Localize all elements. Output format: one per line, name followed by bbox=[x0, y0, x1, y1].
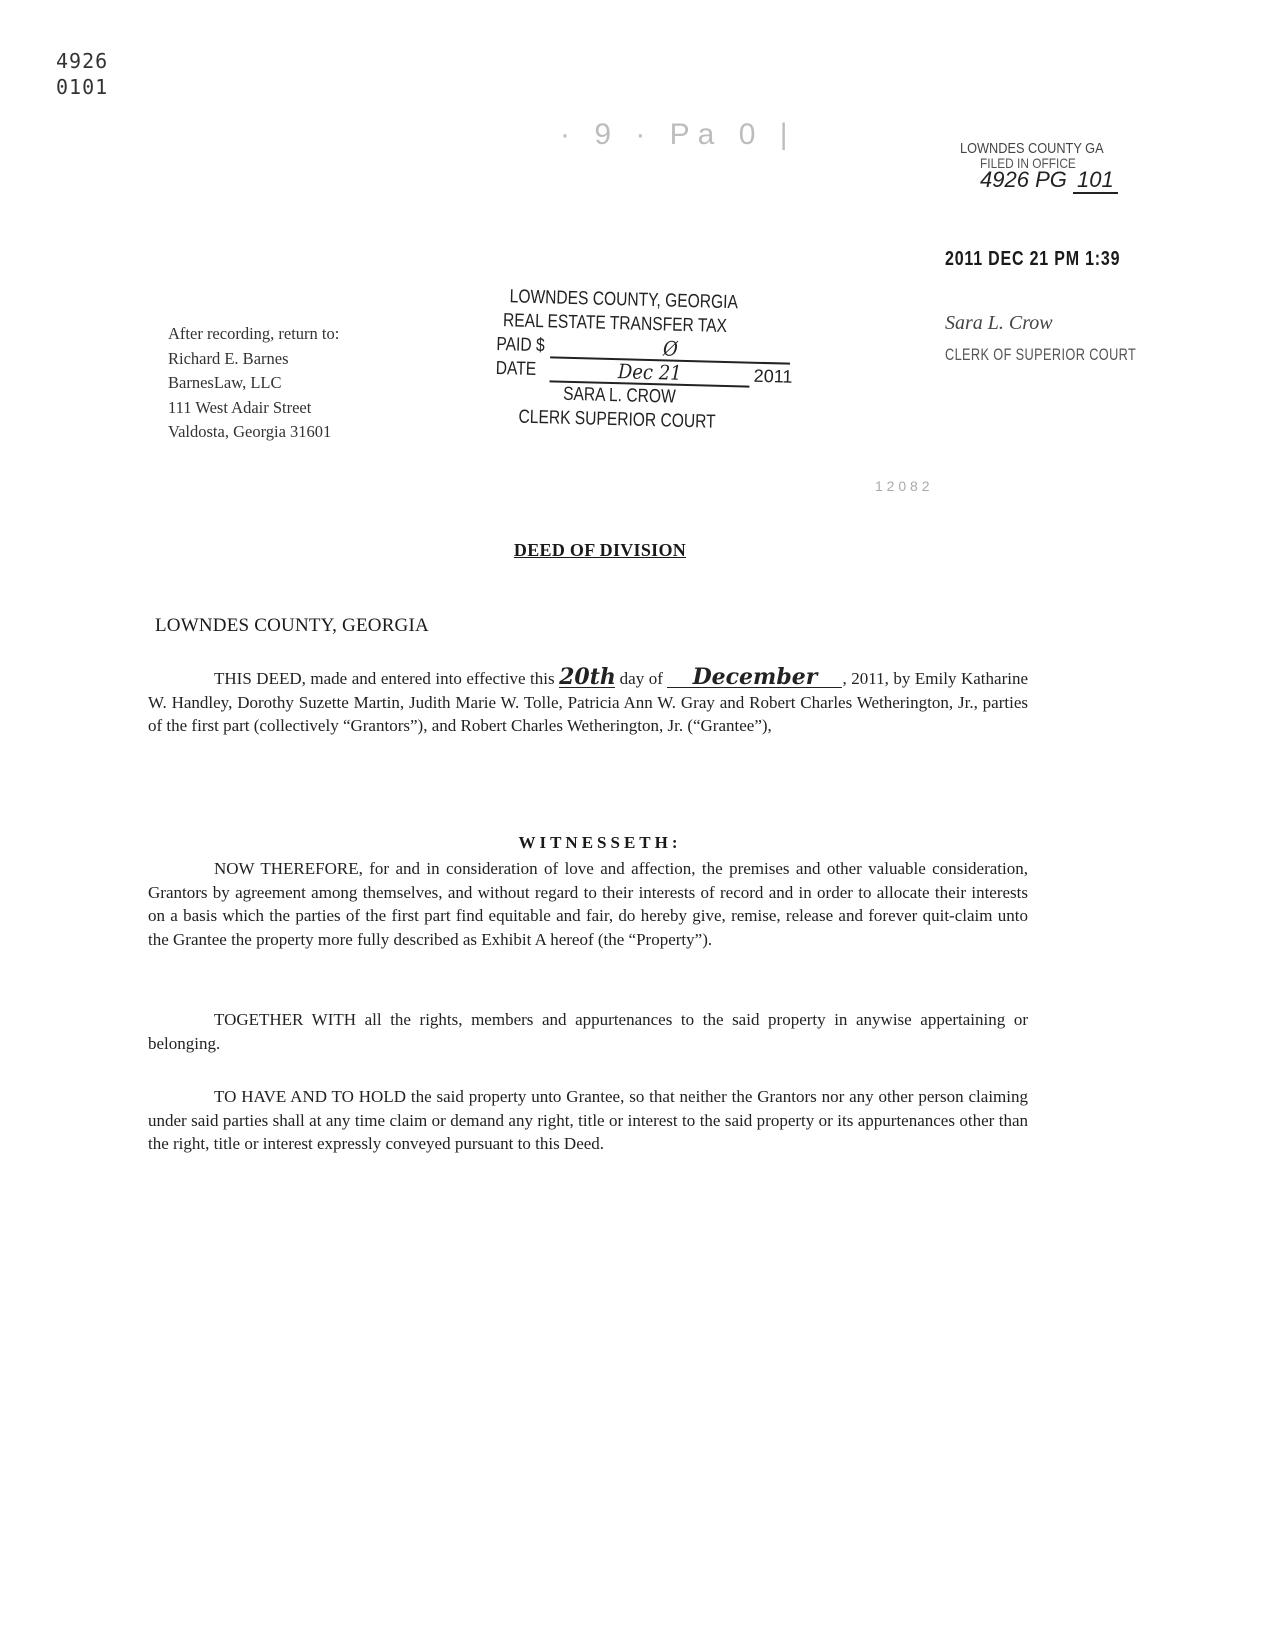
together-with-paragraph: TOGETHER WITH all the rights, members an… bbox=[148, 1008, 1028, 1055]
intro-paragraph: THIS DEED, made and entered into effecti… bbox=[148, 667, 1028, 738]
book-page-reference: 4926 0101 bbox=[56, 48, 108, 100]
habendum-text: TO HAVE AND TO HOLD the said property un… bbox=[148, 1087, 1028, 1153]
witnesseth-heading: WITNESSETH: bbox=[0, 833, 1200, 853]
return-address-line: BarnesLaw, LLC bbox=[168, 371, 339, 396]
return-address-line: 111 West Adair Street bbox=[168, 396, 339, 421]
tax-date-label: DATE bbox=[495, 357, 540, 382]
tax-paid-label: PAID $ bbox=[496, 333, 541, 358]
filed-page-handwritten: 101 bbox=[1073, 167, 1118, 194]
return-address-line: Richard E. Barnes bbox=[168, 347, 339, 372]
document-title: DEED OF DIVISION bbox=[0, 540, 1200, 561]
filed-timestamp: 2011 DEC 21 PM 1:39 bbox=[945, 248, 1120, 271]
faint-stamp: · 9 · Pa 0 | bbox=[560, 118, 796, 152]
clerk-signature: Sara L. Crow bbox=[945, 312, 1053, 335]
page-number: 0101 bbox=[56, 74, 108, 100]
now-therefore-paragraph: NOW THEREFORE, for and in consideration … bbox=[148, 857, 1028, 951]
clerk-title: CLERK OF SUPERIOR COURT bbox=[945, 345, 1136, 365]
now-therefore-text: NOW THEREFORE, for and in consideration … bbox=[148, 859, 1028, 949]
together-with-text: TOGETHER WITH all the rights, members an… bbox=[148, 1010, 1028, 1053]
filed-in-office-stamp: LOWNDES COUNTY GA FILED IN OFFICE 4926 P… bbox=[960, 140, 1160, 193]
habendum-paragraph: TO HAVE AND TO HOLD the said property un… bbox=[148, 1085, 1028, 1156]
county-heading: LOWNDES COUNTY, GEORGIA bbox=[155, 615, 429, 637]
tax-clerk-title: CLERK SUPERIOR COURT bbox=[518, 406, 761, 436]
transfer-tax-stamp: LOWNDES COUNTY, GEORGIA REAL ESTATE TRAN… bbox=[494, 285, 818, 437]
return-address-label: After recording, return to: bbox=[168, 322, 339, 347]
handwritten-day: 20th bbox=[559, 667, 615, 688]
intro-mid: day of bbox=[620, 669, 663, 688]
return-address-line: Valdosta, Georgia 31601 bbox=[168, 420, 339, 445]
intro-pre-day: THIS DEED, made and entered into effecti… bbox=[214, 669, 555, 688]
book-number: 4926 bbox=[56, 48, 108, 74]
stray-mark: 1 2 0 8 2 bbox=[875, 478, 930, 494]
handwritten-month: December bbox=[667, 667, 842, 688]
filed-stamp-office: FILED IN OFFICE bbox=[980, 155, 1133, 171]
return-address: After recording, return to: Richard E. B… bbox=[168, 322, 339, 445]
tax-date-year: 2011 bbox=[753, 364, 792, 389]
